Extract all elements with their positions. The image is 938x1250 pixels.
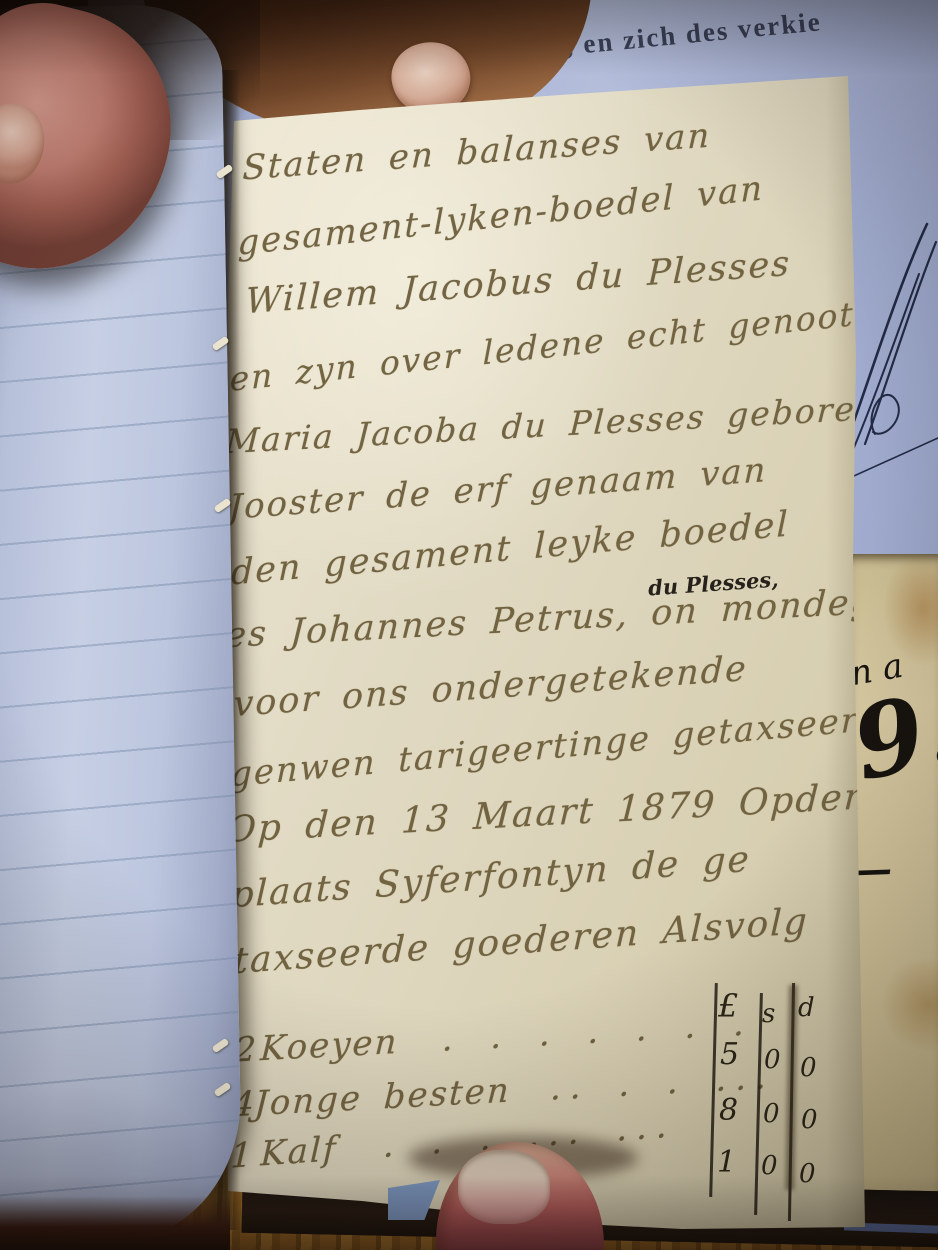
item-name: Jonge besten <box>253 1071 511 1125</box>
ledger-amount: 5 <box>720 1037 739 1072</box>
ledger-amount: 0 <box>801 1105 818 1135</box>
photo-of-manuscript: ft vereffend, en zich des verkie begeven… <box>0 0 938 1250</box>
ledger-amount: 0 <box>763 1099 780 1129</box>
ledger-amount: 0 <box>761 1151 778 1181</box>
ledger-header-pence: d <box>798 993 815 1023</box>
item-name: Koeyen <box>259 1022 399 1069</box>
manuscript-line: es Johannes Petrus, on mondeg <box>224 582 876 656</box>
ledger-header-shilling: s <box>762 999 775 1029</box>
ledger-item-row: 2 Koeyen . . . . . . . <box>233 1003 754 1070</box>
ink-fragment: 9. <box>843 666 938 803</box>
manuscript-line: Staten en balanses van <box>242 116 712 189</box>
dotted-leader: .. . . ... <box>549 1057 776 1109</box>
ledger-amount: 1 <box>717 1145 736 1180</box>
shadow-bottom-left <box>0 1196 230 1250</box>
signature-flourish-icon <box>845 212 938 502</box>
manuscript-line: plaats Syferfontyn de ge <box>230 839 752 917</box>
ledger-amount: 0 <box>800 1053 817 1083</box>
manuscript-line: Op den 13 Maart 1879 Opden <box>225 776 870 851</box>
ledger-amount: 8 <box>719 1093 738 1128</box>
item-name: Kalf <box>260 1129 338 1175</box>
ledger-amount: 0 <box>764 1045 781 1075</box>
ink-smudge <box>785 985 798 1190</box>
thumbnail-nail <box>458 1150 550 1224</box>
manuscript-line: Maria Jacoba du Plesses geboren <box>224 388 880 461</box>
manuscript-line: taxseerde goederen Alsvolg <box>233 901 809 982</box>
manuscript-line: voor ons ondergetekende <box>233 649 749 725</box>
ledger-item-row: 4 Jonge besten .. . . ... <box>231 1057 776 1126</box>
dotted-leader: . . . . . . . <box>441 1003 754 1059</box>
ledger-amount: 0 <box>799 1159 816 1189</box>
manuscript-page: Staten en balanses van gesament-lyken-bo… <box>212 55 872 1247</box>
ledger-header-pound: £ <box>718 987 738 1025</box>
